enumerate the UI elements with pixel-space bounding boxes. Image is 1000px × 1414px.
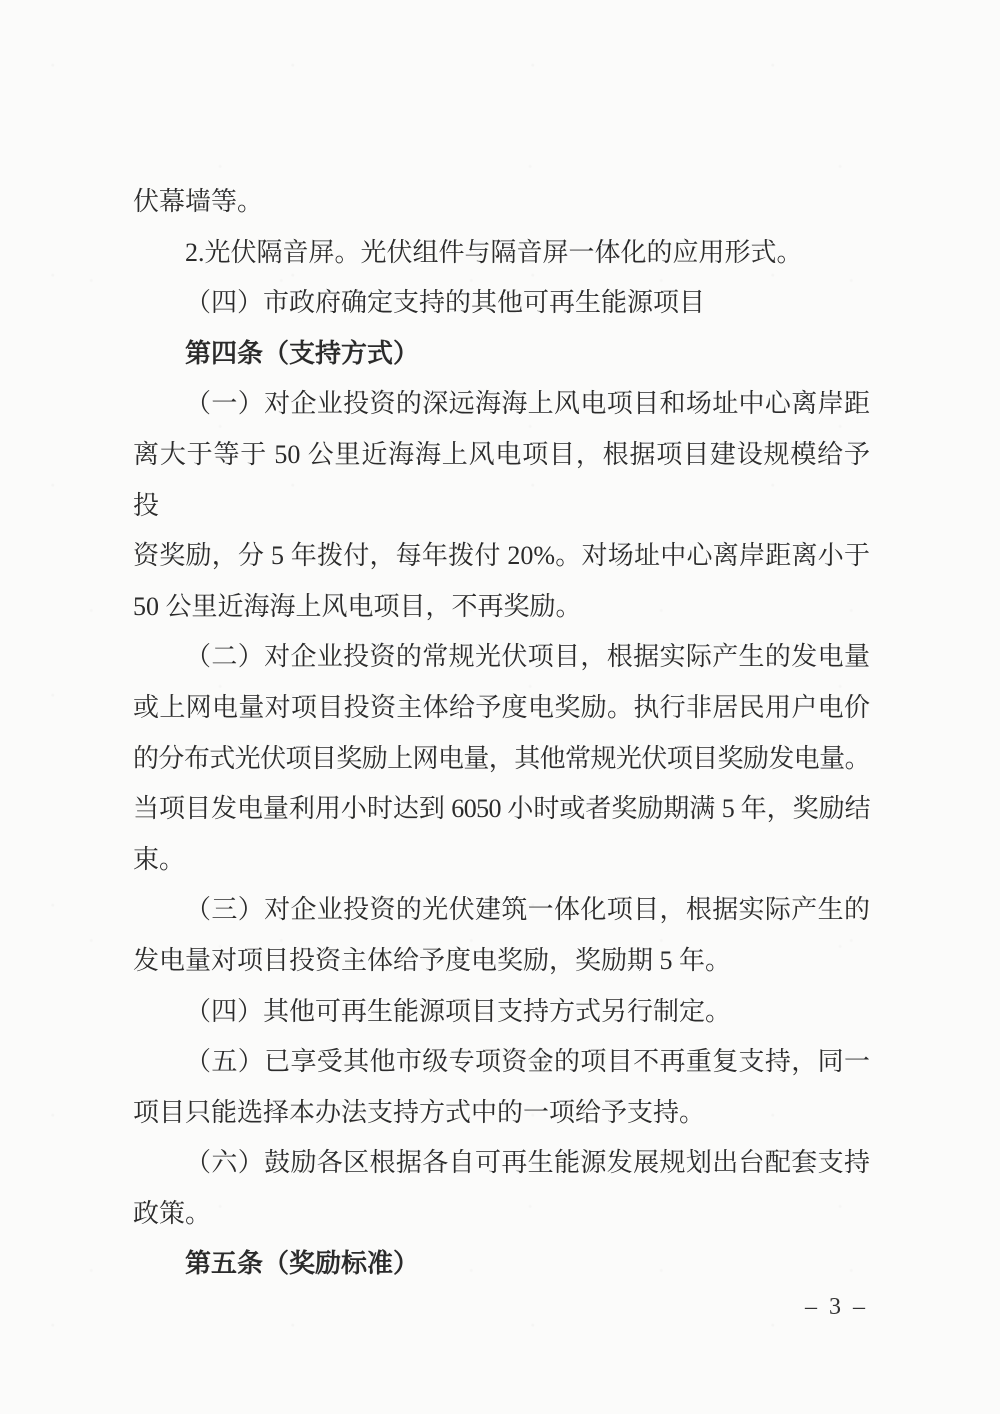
clause-1-line: （一）对企业投资的深远海海上风电项目和场址中心离岸距 [133,379,870,430]
clause-3-line: 发电量对项目投资主体给予度电奖励，奖励期 5 年。 [133,936,870,987]
clause-3-line: （三）对企业投资的光伏建筑一体化项目，根据实际产生的 [133,885,870,936]
clause-2-line: 的分布式光伏项目奖励上网电量，其他常规光伏项目奖励发电量。 [133,734,870,785]
clause-6-line: 政策。 [133,1189,870,1240]
clause-4-line: （四）其他可再生能源项目支持方式另行制定。 [133,987,870,1038]
page-number: – 3 – [805,1294,868,1321]
clause-2-line: 或上网电量对项目投资主体给予度电奖励。执行非居民用户电价 [133,683,870,734]
clause-2-line: 当项目发电量利用小时达到 6050 小时或者奖励期满 5 年，奖励结 [133,784,870,835]
item-2-line: 2.光伏隔音屏。光伏组件与隔音屏一体化的应用形式。 [133,228,870,279]
clause-6-line: （六）鼓励各区根据各自可再生能源发展规划出台配套支持 [133,1138,870,1189]
document-body: 伏幕墙等。 2.光伏隔音屏。光伏组件与隔音屏一体化的应用形式。 （四）市政府确定… [133,177,870,1290]
clause-1-line: 资奖励，分 5 年拨付，每年拨付 20%。对场址中心离岸距离小于 [133,531,870,582]
clause-5-line: 项目只能选择本办法支持方式中的一项给予支持。 [133,1088,870,1139]
clause-5-line: （五）已享受其他市级专项资金的项目不再重复支持，同一 [133,1037,870,1088]
para-tail-line: 伏幕墙等。 [133,177,870,228]
article-5-heading: 第五条（奖励标准） [133,1239,870,1290]
clause-1-line: 50 公里近海海上风电项目，不再奖励。 [133,582,870,633]
clause-2-line: 束。 [133,835,870,886]
document-page: 伏幕墙等。 2.光伏隔音屏。光伏组件与隔音屏一体化的应用形式。 （四）市政府确定… [0,0,1000,1414]
clause-2-line: （二）对企业投资的常规光伏项目，根据实际产生的发电量 [133,632,870,683]
article-4-heading: 第四条（支持方式） [133,329,870,380]
subitem-4-line: （四）市政府确定支持的其他可再生能源项目 [133,278,870,329]
clause-1-line: 离大于等于 50 公里近海海上风电项目，根据项目建设规模给予投 [133,430,870,531]
